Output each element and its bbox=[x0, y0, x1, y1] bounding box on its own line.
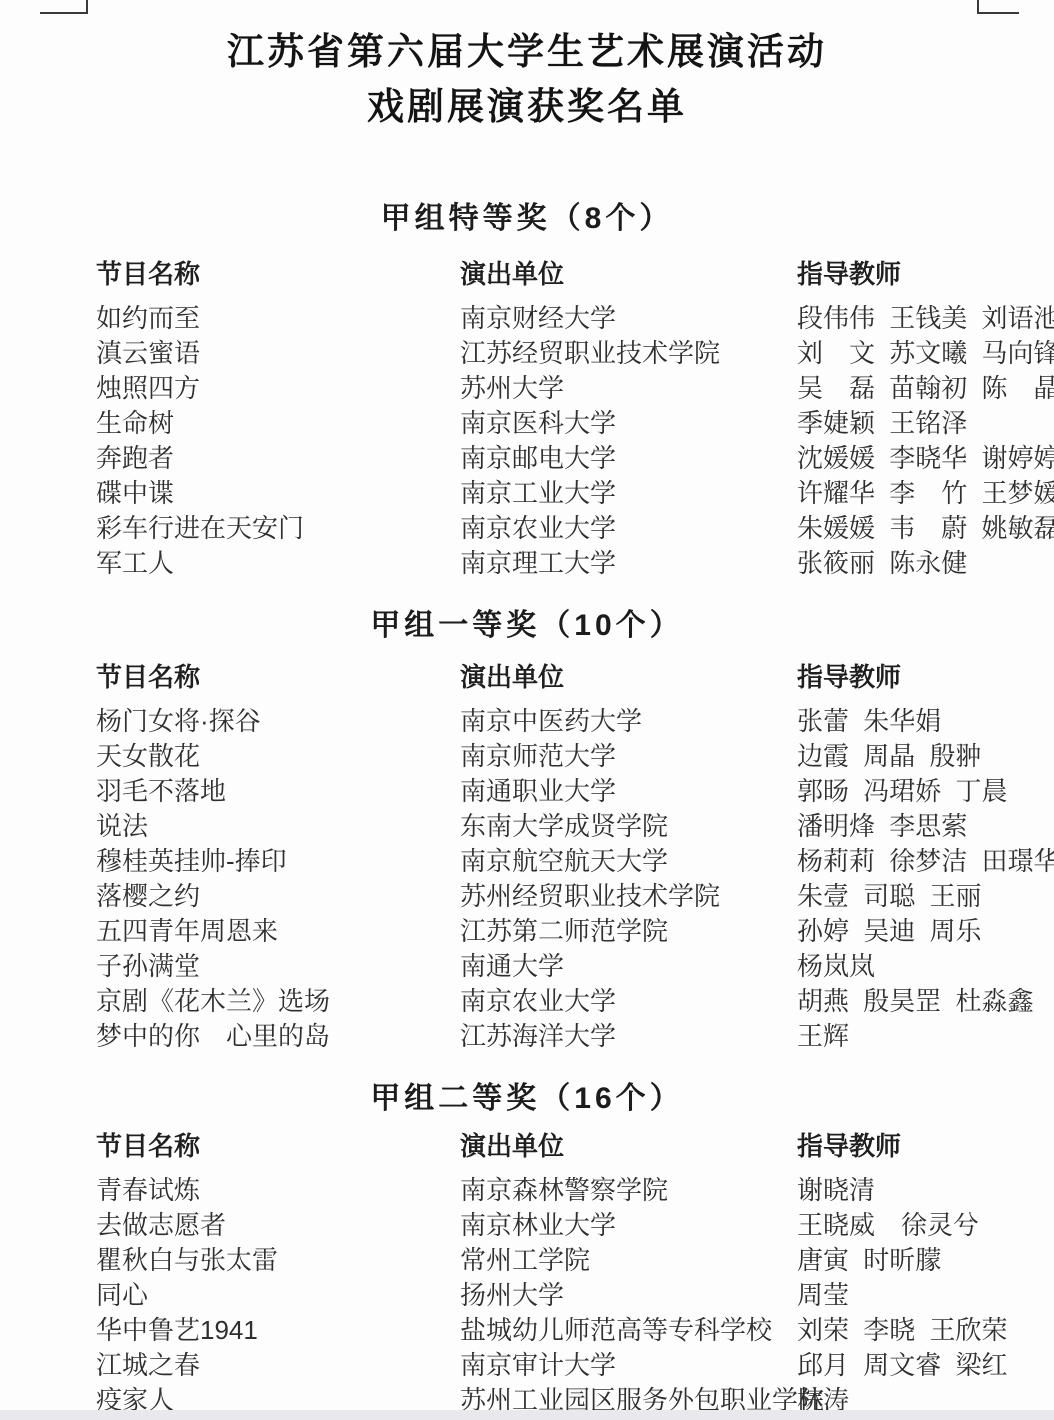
award-section: 甲组二等奖（16个） 节目名称 演出单位 指导教师 青春试炼 南京森林警察学院 … bbox=[0, 1076, 1054, 1418]
program-name: 如约而至 bbox=[96, 301, 460, 336]
advising-teachers: 朱媛媛 韦 蔚 姚敏磊 bbox=[797, 511, 1054, 546]
column-header-advising-teachers: 指导教师 bbox=[797, 659, 1014, 695]
performing-unit: 南京审计大学 bbox=[460, 1348, 797, 1383]
table-row: 天女散花 南京师范大学 边霞 周晶 殷翀 bbox=[96, 739, 1014, 774]
column-header-advising-teachers: 指导教师 bbox=[797, 1128, 1014, 1164]
scan-edge-strip bbox=[0, 1410, 1054, 1420]
table-row: 青春试炼 南京森林警察学院 谢晓清 bbox=[96, 1173, 1014, 1208]
table-header-row: 节目名称 演出单位 指导教师 bbox=[96, 659, 1014, 695]
table-row: 军工人 南京理工大学 张筱丽 陈永健 bbox=[96, 546, 1014, 581]
performing-unit: 东南大学成贤学院 bbox=[460, 809, 797, 844]
program-name: 子孙满堂 bbox=[96, 949, 460, 984]
program-name: 瞿秋白与张太雷 bbox=[96, 1243, 460, 1278]
column-header-program-name: 节目名称 bbox=[96, 659, 460, 695]
table-row: 落樱之约 苏州经贸职业技术学院 朱壹 司聪 王丽 bbox=[96, 879, 1014, 914]
table-row: 京剧《花木兰》选场 南京农业大学 胡燕 殷昊罡 杜淼鑫 bbox=[96, 984, 1014, 1019]
table-row: 羽毛不落地 南通职业大学 郭旸 冯珺娇 丁晨 bbox=[96, 774, 1014, 809]
performing-unit: 南京工业大学 bbox=[460, 476, 797, 511]
award-table: 节目名称 演出单位 指导教师 如约而至 南京财经大学 段伟伟 王钱美 刘语池 滇… bbox=[96, 256, 1014, 581]
program-name: 五四青年周恩来 bbox=[96, 914, 460, 949]
advising-teachers: 王辉 bbox=[797, 1019, 1014, 1054]
table-row: 生命树 南京医科大学 季婕颖 王铭泽 bbox=[96, 406, 1014, 441]
award-table: 节目名称 演出单位 指导教师 青春试炼 南京森林警察学院 谢晓清 去做志愿者 南… bbox=[96, 1128, 1014, 1418]
performing-unit: 南通职业大学 bbox=[460, 774, 797, 809]
program-name: 去做志愿者 bbox=[96, 1208, 460, 1243]
column-header-program-name: 节目名称 bbox=[96, 1128, 460, 1164]
performing-unit: 南京农业大学 bbox=[460, 511, 797, 546]
advising-teachers: 吴 磊 苗翰初 陈 晶 bbox=[797, 371, 1054, 406]
performing-unit: 常州工学院 bbox=[460, 1243, 797, 1278]
advising-teachers: 边霞 周晶 殷翀 bbox=[797, 739, 1014, 774]
performing-unit: 苏州大学 bbox=[460, 371, 797, 406]
advising-teachers: 段伟伟 王钱美 刘语池 bbox=[797, 301, 1054, 336]
section-heading: 甲组二等奖（16个） bbox=[0, 1076, 1054, 1122]
document-title-line2: 戏剧展演获奖名单 bbox=[0, 79, 1054, 134]
performing-unit: 江苏海洋大学 bbox=[460, 1019, 797, 1054]
advising-teachers: 季婕颖 王铭泽 bbox=[797, 406, 1014, 441]
performing-unit: 南京林业大学 bbox=[460, 1208, 797, 1243]
table-row: 说法 东南大学成贤学院 潘明烽 李思萦 bbox=[96, 809, 1014, 844]
program-name: 京剧《花木兰》选场 bbox=[96, 984, 460, 1019]
performing-unit: 扬州大学 bbox=[460, 1278, 797, 1313]
performing-unit: 江苏第二师范学院 bbox=[460, 914, 797, 949]
column-header-program-name: 节目名称 bbox=[96, 256, 460, 292]
award-section: 甲组特等奖（8个） 节目名称 演出单位 指导教师 如约而至 南京财经大学 段伟伟… bbox=[0, 196, 1054, 581]
table-row: 烛照四方 苏州大学 吴 磊 苗翰初 陈 晶 bbox=[96, 371, 1014, 406]
advising-teachers: 胡燕 殷昊罡 杜淼鑫 bbox=[797, 984, 1033, 1019]
performing-unit: 南京师范大学 bbox=[460, 739, 797, 774]
document-page: 江苏省第六届大学生艺术展演活动 戏剧展演获奖名单 甲组特等奖（8个） 节目名称 … bbox=[0, 0, 1054, 1420]
advising-teachers: 杨莉莉 徐梦洁 田璟华 bbox=[797, 844, 1054, 879]
advising-teachers: 孙婷 吴迪 周乐 bbox=[797, 914, 1014, 949]
performing-unit: 南京财经大学 bbox=[460, 301, 797, 336]
program-name: 华中鲁艺1941 bbox=[96, 1313, 460, 1348]
document-title: 江苏省第六届大学生艺术展演活动 戏剧展演获奖名单 bbox=[0, 0, 1054, 134]
table-row: 碟中谍 南京工业大学 许耀华 李 竹 王梦媛 bbox=[96, 476, 1014, 511]
program-name: 同心 bbox=[96, 1278, 460, 1313]
table-row: 同心 扬州大学 周莹 bbox=[96, 1278, 1014, 1313]
document-title-line1: 江苏省第六届大学生艺术展演活动 bbox=[0, 24, 1054, 79]
award-table: 节目名称 演出单位 指导教师 杨门女将·探谷 南京中医药大学 张蕾 朱华娟 天女… bbox=[96, 659, 1014, 1054]
program-name: 羽毛不落地 bbox=[96, 774, 460, 809]
program-name: 滇云蜜语 bbox=[96, 336, 460, 371]
table-row: 子孙满堂 南通大学 杨岚岚 bbox=[96, 949, 1014, 984]
advising-teachers: 邱月 周文睿 梁红 bbox=[797, 1348, 1014, 1383]
table-row: 奔跑者 南京邮电大学 沈媛媛 李晓华 谢婷婷 bbox=[96, 441, 1014, 476]
program-name: 落樱之约 bbox=[96, 879, 460, 914]
table-row: 滇云蜜语 江苏经贸职业技术学院 刘 文 苏文曦 马向锋 bbox=[96, 336, 1014, 371]
advising-teachers: 朱壹 司聪 王丽 bbox=[797, 879, 1014, 914]
performing-unit: 江苏经贸职业技术学院 bbox=[460, 336, 797, 371]
table-row: 去做志愿者 南京林业大学 王晓威 徐灵兮 bbox=[96, 1208, 1014, 1243]
performing-unit: 盐城幼儿师范高等专科学校 bbox=[460, 1313, 797, 1348]
sections-container: 甲组特等奖（8个） 节目名称 演出单位 指导教师 如约而至 南京财经大学 段伟伟… bbox=[0, 196, 1054, 1418]
advising-teachers: 杨岚岚 bbox=[797, 949, 1014, 984]
advising-teachers: 张蕾 朱华娟 bbox=[797, 704, 1014, 739]
program-name: 天女散花 bbox=[96, 739, 460, 774]
table-row: 华中鲁艺1941 盐城幼儿师范高等专科学校 刘荣 李晓 王欣荣 bbox=[96, 1313, 1014, 1348]
advising-teachers: 许耀华 李 竹 王梦媛 bbox=[797, 476, 1054, 511]
advising-teachers: 沈媛媛 李晓华 谢婷婷 bbox=[797, 441, 1054, 476]
program-name: 梦中的你 心里的岛 bbox=[96, 1019, 460, 1054]
program-name: 生命树 bbox=[96, 406, 460, 441]
table-row: 彩车行进在天安门 南京农业大学 朱媛媛 韦 蔚 姚敏磊 bbox=[96, 511, 1014, 546]
program-name: 杨门女将·探谷 bbox=[96, 704, 460, 739]
table-row: 杨门女将·探谷 南京中医药大学 张蕾 朱华娟 bbox=[96, 704, 1014, 739]
program-name: 青春试炼 bbox=[96, 1173, 460, 1208]
performing-unit: 南京理工大学 bbox=[460, 546, 797, 581]
performing-unit: 南京农业大学 bbox=[460, 984, 797, 1019]
performing-unit: 苏州经贸职业技术学院 bbox=[460, 879, 797, 914]
program-name: 穆桂英挂帅-捧印 bbox=[96, 844, 460, 879]
advising-teachers: 唐寅 时昕朦 bbox=[797, 1243, 1014, 1278]
performing-unit: 南通大学 bbox=[460, 949, 797, 984]
advising-teachers: 刘 文 苏文曦 马向锋 bbox=[797, 336, 1054, 371]
column-header-performing-unit: 演出单位 bbox=[460, 1128, 797, 1164]
program-name: 彩车行进在天安门 bbox=[96, 511, 460, 546]
advising-teachers: 潘明烽 李思萦 bbox=[797, 809, 1014, 844]
advising-teachers: 郭旸 冯珺娇 丁晨 bbox=[797, 774, 1014, 809]
performing-unit: 南京医科大学 bbox=[460, 406, 797, 441]
performing-unit: 南京森林警察学院 bbox=[460, 1173, 797, 1208]
performing-unit: 南京中医药大学 bbox=[460, 704, 797, 739]
table-row: 五四青年周恩来 江苏第二师范学院 孙婷 吴迪 周乐 bbox=[96, 914, 1014, 949]
column-header-performing-unit: 演出单位 bbox=[460, 256, 797, 292]
program-name: 奔跑者 bbox=[96, 441, 460, 476]
advising-teachers: 张筱丽 陈永健 bbox=[797, 546, 1014, 581]
section-heading: 甲组一等奖（10个） bbox=[0, 603, 1054, 649]
section-heading: 甲组特等奖（8个） bbox=[0, 196, 1054, 242]
advising-teachers: 王晓威 徐灵兮 bbox=[797, 1208, 1014, 1243]
program-name: 碟中谍 bbox=[96, 476, 460, 511]
table-row: 瞿秋白与张太雷 常州工学院 唐寅 时昕朦 bbox=[96, 1243, 1014, 1278]
table-header-row: 节目名称 演出单位 指导教师 bbox=[96, 256, 1014, 292]
program-name: 烛照四方 bbox=[96, 371, 460, 406]
advising-teachers: 周莹 bbox=[797, 1278, 1014, 1313]
scan-crop-mark-left bbox=[40, 0, 88, 14]
award-section: 甲组一等奖（10个） 节目名称 演出单位 指导教师 杨门女将·探谷 南京中医药大… bbox=[0, 603, 1054, 1054]
column-header-performing-unit: 演出单位 bbox=[460, 659, 797, 695]
advising-teachers: 谢晓清 bbox=[797, 1173, 1014, 1208]
program-name: 军工人 bbox=[96, 546, 460, 581]
column-header-advising-teachers: 指导教师 bbox=[797, 256, 1014, 292]
table-row: 穆桂英挂帅-捧印 南京航空航天大学 杨莉莉 徐梦洁 田璟华 bbox=[96, 844, 1014, 879]
table-row: 如约而至 南京财经大学 段伟伟 王钱美 刘语池 bbox=[96, 301, 1014, 336]
program-name: 江城之春 bbox=[96, 1348, 460, 1383]
table-row: 梦中的你 心里的岛 江苏海洋大学 王辉 bbox=[96, 1019, 1014, 1054]
performing-unit: 南京航空航天大学 bbox=[460, 844, 797, 879]
performing-unit: 南京邮电大学 bbox=[460, 441, 797, 476]
program-name: 说法 bbox=[96, 809, 460, 844]
table-row: 江城之春 南京审计大学 邱月 周文睿 梁红 bbox=[96, 1348, 1014, 1383]
table-header-row: 节目名称 演出单位 指导教师 bbox=[96, 1128, 1014, 1164]
advising-teachers: 刘荣 李晓 王欣荣 bbox=[797, 1313, 1014, 1348]
scan-crop-mark-right bbox=[977, 0, 1019, 14]
